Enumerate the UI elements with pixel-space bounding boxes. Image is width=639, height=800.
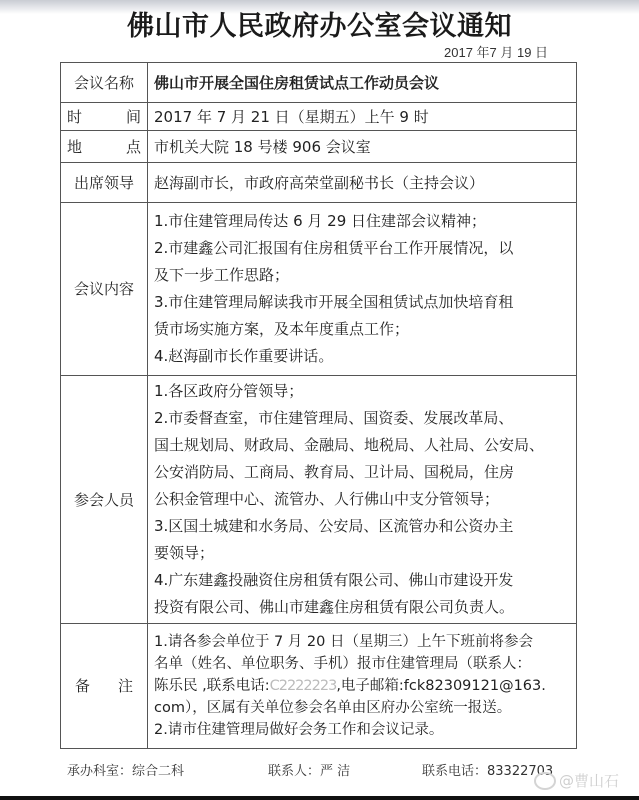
email-text: ,电子邮箱:fck82309121@163. (336, 678, 546, 694)
attendee-line: 投资有限公司、佛山市建鑫住房租赁有限公司负责人。 (154, 594, 570, 621)
remark-line: 1.请各参会单位于 7 月 20 日（星期三）上午下班前将参会 (154, 631, 570, 653)
attendee-line: 3.区国土城建和水务局、公安局、区流管办和公资办主 (154, 513, 570, 540)
attendee-line: 1.各区政府分管领导； (154, 378, 570, 405)
content-line: 2.市建鑫公司汇报国有住房租赁平台工作开展情况，以 (154, 235, 570, 262)
label-meeting-name: 会议名称 (61, 63, 148, 103)
row-meeting-name: 会议名称 佛山市开展全国住房租赁试点工作动员会议 (61, 63, 577, 103)
document-title: 佛山市人民政府办公室会议通知 (0, 4, 639, 43)
content-line: 及下一步工作思路； (154, 262, 570, 289)
row-location: 地 点 市机关大院 18 号楼 906 会议室 (61, 131, 577, 163)
value-meeting-name: 佛山市开展全国住房租赁试点工作动员会议 (148, 63, 577, 103)
label-time: 时 间 (61, 103, 148, 131)
value-attendees: 1.各区政府分管领导； 2.市委督查室，市住建管理局、国资委、发展改革局、 国土… (148, 376, 577, 624)
row-content: 会议内容 1.市住建管理局传达 6 月 29 日住建部会议精神； 2.市建鑫公司… (61, 203, 577, 376)
attendee-line: 国土规划局、财政局、金融局、地税局、人社局、公安局、 (154, 432, 570, 459)
content-line: 1.市住建管理局传达 6 月 29 日住建部会议精神； (154, 208, 570, 235)
bottom-edge-bar (0, 796, 639, 800)
value-time: 2017 年 7 月 21 日（星期五）上午 9 时 (148, 103, 577, 131)
value-leaders: 赵海副市长，市政府高荣堂副秘书长（主持会议） (148, 163, 577, 203)
remark-line: 名单（姓名、单位职务、手机）报市住建管理局（联系人： (154, 653, 570, 675)
attendee-line: 4.广东建鑫投融资住房租赁有限公司、佛山市建设开发 (154, 567, 570, 594)
label-leaders: 出席领导 (61, 163, 148, 203)
document-date: 2017 年7 月 19 日 (444, 42, 548, 61)
label-content: 会议内容 (61, 203, 148, 376)
footer-contact: 联系人：严 洁 (268, 760, 350, 779)
attendee-line: 公安消防局、工商局、教育局、卫计局、国税局，住房 (154, 459, 570, 486)
row-leaders: 出席领导 赵海副市长，市政府高荣堂副秘书长（主持会议） (61, 163, 577, 203)
remark-line: 陈乐民 ,联系电话:C2222223,电子邮箱:fck82309121@163. (154, 675, 570, 697)
row-attendees: 参会人员 1.各区政府分管领导； 2.市委督查室，市住建管理局、国资委、发展改革… (61, 376, 577, 624)
footer-office: 承办科室：综合二科 (67, 760, 184, 779)
value-content: 1.市住建管理局传达 6 月 29 日住建部会议精神； 2.市建鑫公司汇报国有住… (148, 203, 577, 376)
watermark: @曹山石 (534, 770, 619, 791)
value-location: 市机关大院 18 号楼 906 会议室 (148, 131, 577, 163)
weibo-icon (534, 772, 556, 790)
label-remarks: 备 注 (61, 624, 148, 749)
remark-line: com），区属有关单位参会名单由区府办公室统一报送。 (154, 697, 570, 719)
content-line: 赁市场实施方案，及本年度重点工作； (154, 316, 570, 343)
attendee-line: 要领导； (154, 540, 570, 567)
attendee-line: 公积金管理中心、流管办、人行佛山中支分管领导； (154, 486, 570, 513)
row-remarks: 备 注 1.请各参会单位于 7 月 20 日（星期三）上午下班前将参会 名单（姓… (61, 624, 577, 749)
watermark-text: @曹山石 (559, 770, 619, 791)
remark-line: 2.请市住建管理局做好会务工作和会议记录。 (154, 719, 570, 741)
label-attendees: 参会人员 (61, 376, 148, 624)
content-line: 3.市住建管理局解读我市开展全国租赁试点加快培育租 (154, 289, 570, 316)
value-remarks: 1.请各参会单位于 7 月 20 日（星期三）上午下班前将参会 名单（姓名、单位… (148, 624, 577, 749)
attendee-line: 2.市委督查室，市住建管理局、国资委、发展改革局、 (154, 405, 570, 432)
redacted-phone: C2222223 (270, 678, 337, 694)
label-location: 地 点 (61, 131, 148, 163)
row-time: 时 间 2017 年 7 月 21 日（星期五）上午 9 时 (61, 103, 577, 131)
content-line: 4.赵海副市长作重要讲话。 (154, 343, 570, 370)
meeting-notice-table: 会议名称 佛山市开展全国住房租赁试点工作动员会议 时 间 2017 年 7 月 … (60, 62, 577, 749)
